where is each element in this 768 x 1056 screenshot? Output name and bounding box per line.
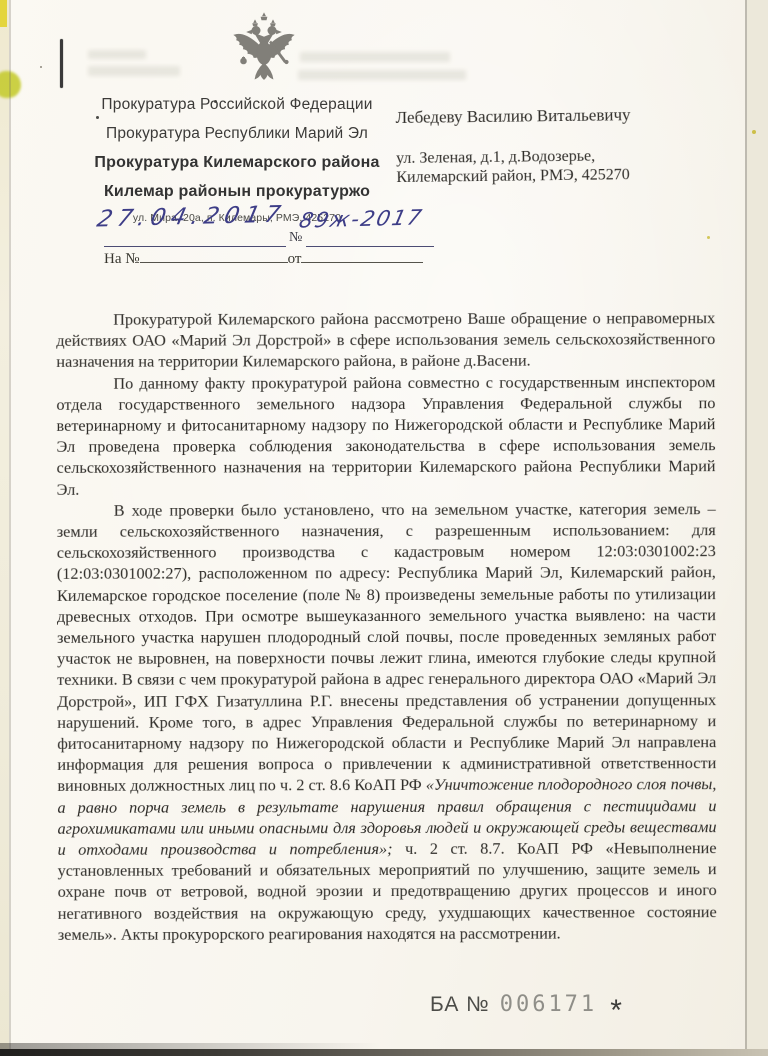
letterhead-line-district-ru: Прокуратура Килемарского района bbox=[70, 154, 404, 172]
reply-date-blank bbox=[301, 250, 423, 263]
double-headed-eagle-icon bbox=[231, 11, 297, 95]
reply-number-blank bbox=[140, 250, 288, 263]
body-paragraph-3-text: В ходе проверки было установлено, что на… bbox=[57, 499, 717, 795]
recipient-block: Лебедеву Василию Витальевичу ул. Зеленая… bbox=[396, 104, 727, 187]
body-paragraph-3: В ходе проверки было установлено, что на… bbox=[57, 498, 717, 945]
bleed-through-text bbox=[88, 50, 146, 59]
body-paragraph-1: Прокуратурой Килемарского района рассмот… bbox=[56, 307, 715, 372]
letter-body: Прокуратурой Килемарского района рассмот… bbox=[56, 307, 717, 945]
scan-speck bbox=[707, 236, 710, 239]
bleed-through-text bbox=[298, 70, 466, 80]
letterhead-line-republic: Прокуратура Республики Марий Эл bbox=[70, 125, 404, 143]
form-series-label: БА № bbox=[430, 993, 490, 1017]
form-number-value: 006171 bbox=[500, 992, 597, 1017]
form-number-stamp: БА № 006171 * bbox=[430, 992, 622, 1017]
reply-from-label: от bbox=[288, 251, 302, 267]
scan-speck bbox=[752, 130, 756, 134]
body-paragraph-2: По данному факту прокуратурой района сов… bbox=[56, 371, 715, 500]
bleed-through-text bbox=[300, 52, 450, 62]
recipient-address-line2: Килемарский район, РМЭ, 425270 bbox=[396, 164, 726, 187]
recipient-name: Лебедеву Василию Витальевичу bbox=[396, 104, 726, 128]
scanned-letter-page: Прокуратура Российской Федерации Прокура… bbox=[0, 0, 768, 1056]
scan-right-edge bbox=[747, 0, 768, 1056]
scan-bottom-shadow bbox=[0, 1049, 768, 1056]
date-underline bbox=[104, 246, 286, 247]
scan-left-edge bbox=[0, 0, 9, 1056]
scan-crease-line bbox=[9, 0, 11, 1056]
bleed-through-text bbox=[88, 66, 180, 76]
letterhead-line-district-mari: Килемар районын прокуратуржо bbox=[70, 183, 404, 201]
handwritten-outgoing-number: 89ж-2017 bbox=[297, 205, 426, 232]
number-underline bbox=[306, 246, 434, 247]
scan-yellow-edge-mark bbox=[0, 0, 7, 27]
letterhead-line-federation: Прокуратура Российской Федерации bbox=[70, 96, 404, 114]
handwritten-date: 27.04.2017 bbox=[95, 202, 289, 233]
reply-reference-row: На №от bbox=[104, 250, 454, 268]
reply-prefix-label: На № bbox=[104, 251, 140, 267]
scan-speck bbox=[40, 66, 42, 68]
scan-bottom-shadow-fade bbox=[0, 1043, 380, 1049]
staple-mark bbox=[60, 39, 63, 88]
